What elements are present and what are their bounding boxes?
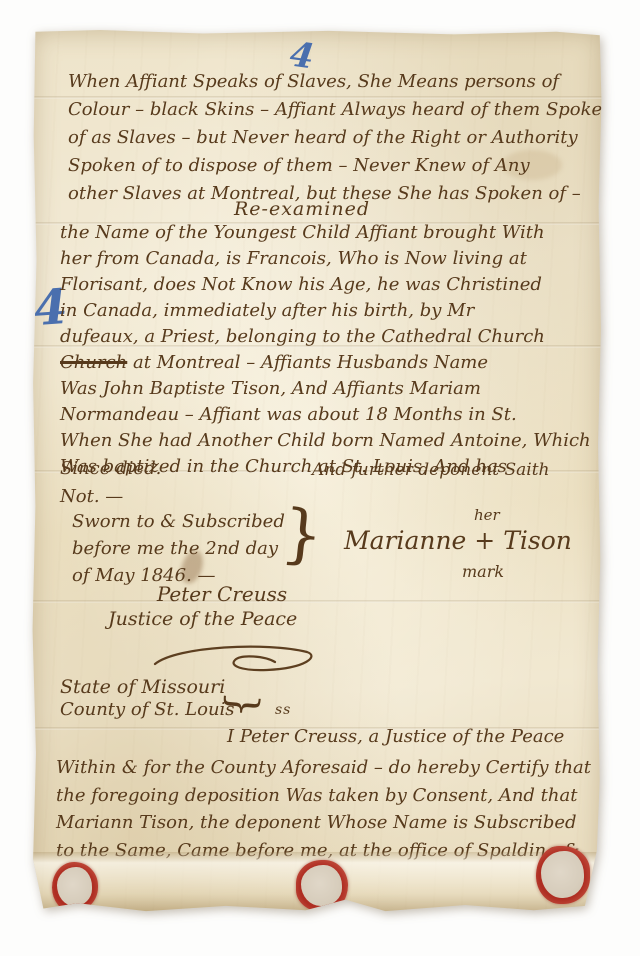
handwritten-line: Florisant, does Not Know his Age, he was… [60,272,590,298]
certificate-opening-line: I Peter Creuss, a Justice of the Peace [227,726,564,747]
closing-line-row: Since died. And further deponent Saith [60,458,590,479]
ss-abbreviation: ss [275,702,291,718]
mark-label: mark [462,562,504,581]
handwritten-line: When She had Another Child born Named An… [60,428,590,454]
handwritten-line: dufeaux, a Priest, belonging to the Cath… [60,324,590,350]
handwritten-line: When Affiant Speaks of Slaves, She Means… [68,68,583,96]
deposition-paragraph-1: When Affiant Speaks of Slaves, She Means… [68,68,583,208]
manuscript-paper: 4 4 When Affiant Speaks of Slaves, She M… [32,30,602,912]
certificate-line: Mariann Tison, the deponent Whose Name i… [56,809,596,837]
paper-shadow-layer: 4 4 When Affiant Speaks of Slaves, She M… [0,0,640,956]
deponent-mark-signature: Marianne + Tison [344,526,572,555]
jurat-brace: } [278,496,326,574]
her-label: her [474,506,500,524]
wax-seal-right [536,846,590,904]
handwritten-line: her from Canada, is Francois, Who is Now… [60,246,590,272]
section-heading-reexamined: Re-examined [162,198,442,220]
handwritten-line: of as Slaves – but Never heard of the Ri… [68,124,583,152]
jurat-block: Sworn to & Subscribed before me the 2nd … [72,508,285,589]
county-caption: County of St. Louis [60,699,235,720]
handwritten-line: in Canada, immediately after his birth, … [60,298,590,324]
since-died-text: Since died. [60,458,161,479]
deposition-paragraph-2: the Name of the Youngest Child Affiant b… [60,220,590,480]
certificate-line: Within & for the County Aforesaid – do h… [56,754,596,782]
jurat-line: Sworn to & Subscribed [72,508,285,535]
handwritten-line: the Name of the Youngest Child Affiant b… [60,220,590,246]
caption-brace: } [219,690,267,719]
handwritten-line-with-strikeout: Church at Montreal – Affiants Husbands N… [60,350,590,376]
certificate-body: Within & for the County Aforesaid – do h… [56,754,596,864]
certificate-line: the foregoing deposition Was taken by Co… [56,782,596,810]
handwritten-line: Colour – black Skins – Affiant Always he… [68,96,583,124]
line-text: at Montreal – Affiants Husbands Name [127,352,488,373]
fold-crease [32,600,602,603]
struck-word: Church [60,352,127,373]
wax-seal-center [296,860,348,912]
jurat-line: before me the 2nd day [72,535,285,562]
justice-title: Justice of the Peace [108,608,297,630]
further-saith-text: And further deponent Saith [312,460,550,480]
justice-signature: Peter Creuss [137,582,307,606]
handwritten-line: Was John Baptiste Tison, And Affiants Ma… [60,376,590,402]
saith-not-text: Not. — [60,486,123,507]
scanned-document-page: 4 4 When Affiant Speaks of Slaves, She M… [0,0,640,956]
state-caption: State of Missouri [60,676,225,698]
handwritten-line: Spoken of to dispose of them – Never Kne… [68,152,583,180]
handwritten-line: Normandeau – Affiant was about 18 Months… [60,402,590,428]
